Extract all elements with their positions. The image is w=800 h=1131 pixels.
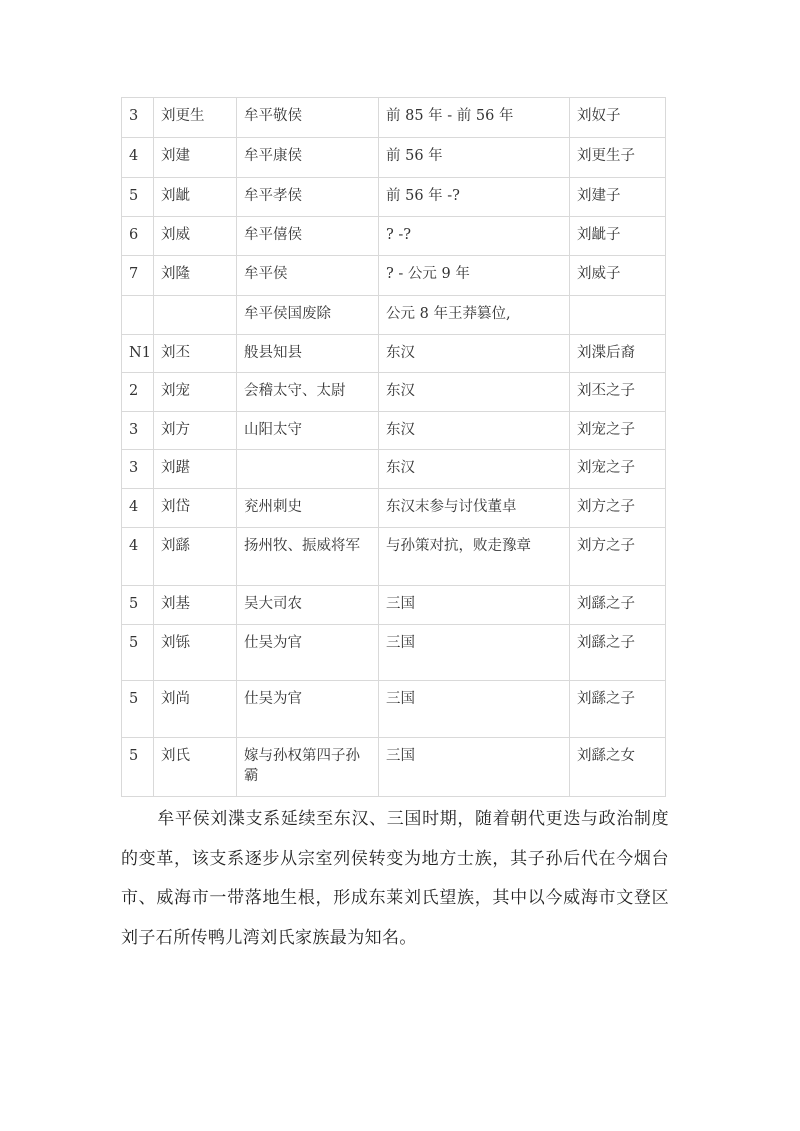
relation-cell: 刘宠之子 (570, 450, 666, 489)
table-row: 3刘方山阳太守东汉刘宠之子 (122, 412, 666, 450)
relation-cell: 刘渫后裔 (570, 335, 666, 373)
title-cell (237, 450, 379, 489)
document-page: 3刘更生牟平敬侯前 85 年 - 前 56 年刘奴子4刘建牟平康侯前 56 年刘… (0, 0, 800, 1131)
title-cell: 牟平康侯 (237, 138, 379, 178)
period-cell: ? -? (379, 217, 570, 256)
lineage-table: 3刘更生牟平敬侯前 85 年 - 前 56 年刘奴子4刘建牟平康侯前 56 年刘… (121, 97, 666, 797)
name-cell: 刘方 (154, 412, 237, 450)
title-cell: 牟平孝侯 (237, 178, 379, 217)
name-cell: 刘隆 (154, 256, 237, 296)
relation-cell: 刘繇之子 (570, 681, 666, 738)
relation-cell (570, 296, 666, 335)
generation-cell: 5 (122, 178, 154, 217)
period-cell: 三国 (379, 625, 570, 681)
table-row: 5刘龇牟平孝侯前 56 年 -?刘建子 (122, 178, 666, 217)
title-cell: 般县知县 (237, 335, 379, 373)
table-row: 3刘踸东汉刘宠之子 (122, 450, 666, 489)
name-cell: 刘岱 (154, 489, 237, 528)
title-cell: 仕吴为官 (237, 681, 379, 738)
name-cell: 刘龇 (154, 178, 237, 217)
title-cell: 吴大司农 (237, 586, 379, 625)
relation-cell: 刘方之子 (570, 489, 666, 528)
name-cell: 刘基 (154, 586, 237, 625)
generation-cell: 5 (122, 681, 154, 738)
generation-cell: 3 (122, 412, 154, 450)
title-cell: 牟平侯国废除 (237, 296, 379, 335)
lineage-table-body: 3刘更生牟平敬侯前 85 年 - 前 56 年刘奴子4刘建牟平康侯前 56 年刘… (122, 98, 666, 797)
table-row: 牟平侯国废除公元 8 年王莽篡位, (122, 296, 666, 335)
table-row: 6刘威牟平僖侯? -?刘龇子 (122, 217, 666, 256)
title-cell: 兖州刺史 (237, 489, 379, 528)
relation-cell: 刘威子 (570, 256, 666, 296)
period-cell: 前 56 年 -? (379, 178, 570, 217)
relation-cell: 刘建子 (570, 178, 666, 217)
title-cell: 嫁与孙权第四子孙霸 (237, 738, 379, 797)
paragraph-text: 牟平侯刘渫支系延续至东汉、三国时期，随着朝代更迭与政治制度的变革，该支系逐步从宗… (121, 809, 669, 948)
name-cell: 刘繇 (154, 528, 237, 586)
name-cell: 刘氏 (154, 738, 237, 797)
generation-cell: 4 (122, 489, 154, 528)
relation-cell: 刘丕之子 (570, 373, 666, 412)
title-cell: 仕吴为官 (237, 625, 379, 681)
generation-cell (122, 296, 154, 335)
table-row: 4刘繇扬州牧、振威将军与孙策对抗，败走豫章刘方之子 (122, 528, 666, 586)
title-cell: 牟平侯 (237, 256, 379, 296)
relation-cell: 刘宠之子 (570, 412, 666, 450)
period-cell: ? - 公元 9 年 (379, 256, 570, 296)
name-cell: 刘更生 (154, 98, 237, 138)
relation-cell: 刘方之子 (570, 528, 666, 586)
title-cell: 牟平敬侯 (237, 98, 379, 138)
table-row: 4刘建牟平康侯前 56 年刘更生子 (122, 138, 666, 178)
generation-cell: 4 (122, 528, 154, 586)
relation-cell: 刘繇之子 (570, 586, 666, 625)
period-cell: 东汉 (379, 412, 570, 450)
name-cell: 刘踸 (154, 450, 237, 489)
table-row: 5刘尚仕吴为官三国刘繇之子 (122, 681, 666, 738)
table-row: 7刘隆牟平侯? - 公元 9 年刘威子 (122, 256, 666, 296)
period-cell: 前 56 年 (379, 138, 570, 178)
period-cell: 公元 8 年王莽篡位, (379, 296, 570, 335)
generation-cell: N1 (122, 335, 154, 373)
name-cell: 刘宠 (154, 373, 237, 412)
body-paragraph: 牟平侯刘渫支系延续至东汉、三国时期，随着朝代更迭与政治制度的变革，该支系逐步从宗… (121, 800, 669, 958)
generation-cell: 4 (122, 138, 154, 178)
table-row: 3刘更生牟平敬侯前 85 年 - 前 56 年刘奴子 (122, 98, 666, 138)
name-cell: 刘铄 (154, 625, 237, 681)
period-cell: 东汉 (379, 335, 570, 373)
generation-cell: 7 (122, 256, 154, 296)
generation-cell: 2 (122, 373, 154, 412)
generation-cell: 5 (122, 625, 154, 681)
title-cell: 扬州牧、振威将军 (237, 528, 379, 586)
generation-cell: 3 (122, 450, 154, 489)
name-cell: 刘尚 (154, 681, 237, 738)
table-row: 5刘氏嫁与孙权第四子孙霸三国刘繇之女 (122, 738, 666, 797)
name-cell (154, 296, 237, 335)
relation-cell: 刘奴子 (570, 98, 666, 138)
title-cell: 山阳太守 (237, 412, 379, 450)
generation-cell: 3 (122, 98, 154, 138)
table-row: 5刘基吴大司农三国刘繇之子 (122, 586, 666, 625)
name-cell: 刘丕 (154, 335, 237, 373)
generation-cell: 6 (122, 217, 154, 256)
relation-cell: 刘更生子 (570, 138, 666, 178)
period-cell: 东汉 (379, 450, 570, 489)
period-cell: 三国 (379, 738, 570, 797)
name-cell: 刘威 (154, 217, 237, 256)
period-cell: 三国 (379, 586, 570, 625)
relation-cell: 刘繇之女 (570, 738, 666, 797)
relation-cell: 刘龇子 (570, 217, 666, 256)
table-row: 5刘铄仕吴为官三国刘繇之子 (122, 625, 666, 681)
generation-cell: 5 (122, 586, 154, 625)
name-cell: 刘建 (154, 138, 237, 178)
period-cell: 东汉 (379, 373, 570, 412)
title-cell: 牟平僖侯 (237, 217, 379, 256)
relation-cell: 刘繇之子 (570, 625, 666, 681)
period-cell: 东汉末参与讨伐董卓 (379, 489, 570, 528)
table-row: 2刘宠会稽太守、太尉东汉刘丕之子 (122, 373, 666, 412)
period-cell: 三国 (379, 681, 570, 738)
table-row: 4刘岱兖州刺史东汉末参与讨伐董卓刘方之子 (122, 489, 666, 528)
title-cell: 会稽太守、太尉 (237, 373, 379, 412)
generation-cell: 5 (122, 738, 154, 797)
period-cell: 前 85 年 - 前 56 年 (379, 98, 570, 138)
period-cell: 与孙策对抗，败走豫章 (379, 528, 570, 586)
table-row: N1刘丕般县知县东汉刘渫后裔 (122, 335, 666, 373)
